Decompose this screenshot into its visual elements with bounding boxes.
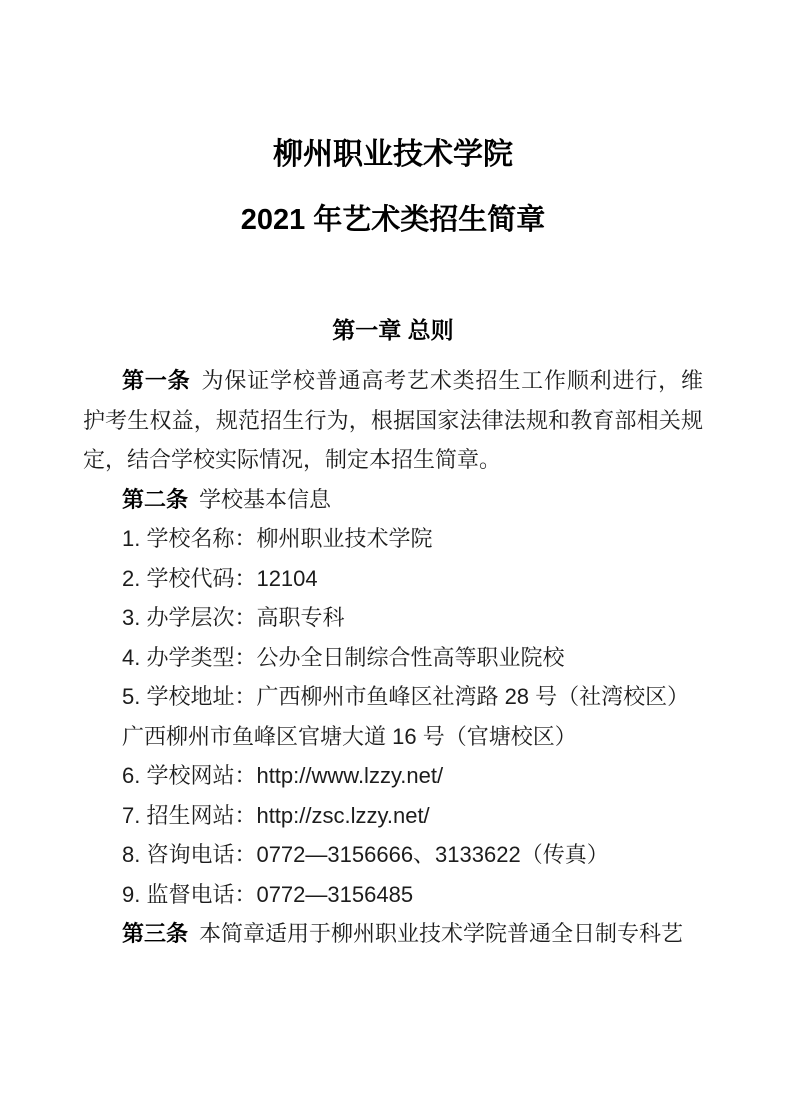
- article-3-paragraph: 第三条本简章适用于柳州职业技术学院普通全日制专科艺: [83, 914, 703, 954]
- info-line-admissions-website: 7. 招生网站：http://zsc.lzzy.net/: [122, 796, 703, 836]
- info-line-school-name: 1. 学校名称：柳州职业技术学院: [122, 519, 703, 559]
- info-line-supervision-phone: 9. 监督电话：0772—3156485: [122, 875, 703, 915]
- info-line-education-level: 3. 办学层次：高职专科: [122, 598, 703, 638]
- document-page: 柳州职业技术学院 2021 年艺术类招生简章 第一章 总则 第一条为保证学校普通…: [0, 0, 794, 1108]
- info-line-school-code: 2. 学校代码：12104: [122, 559, 703, 599]
- info-line-address-shewan: 5. 学校地址：广西柳州市鱼峰区社湾路 28 号（社湾校区）: [122, 677, 703, 717]
- article-3-text: 本简章适用于柳州职业技术学院普通全日制专科艺: [199, 921, 683, 946]
- article-2-text: 学校基本信息: [199, 487, 331, 512]
- info-line-school-website: 6. 学校网站：http://www.lzzy.net/: [122, 756, 703, 796]
- article-1-label: 第一条: [122, 368, 191, 393]
- document-subtitle: 2021 年艺术类招生简章: [83, 201, 703, 239]
- article-2-paragraph: 第二条学校基本信息: [83, 480, 703, 520]
- info-line-school-type: 4. 办学类型：公办全日制综合性高等职业院校: [122, 638, 703, 678]
- article-1-paragraph: 第一条为保证学校普通高考艺术类招生工作顺利进行，维护考生权益，规范招生行为，根据…: [83, 361, 703, 480]
- info-line-address-guantang: 广西柳州市鱼峰区官塘大道 16 号（官塘校区）: [122, 717, 703, 757]
- school-info-list: 1. 学校名称：柳州职业技术学院 2. 学校代码：12104 3. 办学层次：高…: [83, 519, 703, 914]
- chapter-1-heading: 第一章 总则: [83, 315, 703, 345]
- document-content: 柳州职业技术学院 2021 年艺术类招生简章 第一章 总则 第一条为保证学校普通…: [83, 0, 703, 954]
- article-2-label: 第二条: [122, 487, 188, 512]
- info-line-inquiry-phone: 8. 咨询电话：0772—3156666、3133622（传真）: [122, 835, 703, 875]
- document-title: 柳州职业技术学院: [83, 136, 703, 174]
- document-body: 第一条为保证学校普通高考艺术类招生工作顺利进行，维护考生权益，规范招生行为，根据…: [83, 361, 703, 954]
- article-3-label: 第三条: [122, 921, 188, 946]
